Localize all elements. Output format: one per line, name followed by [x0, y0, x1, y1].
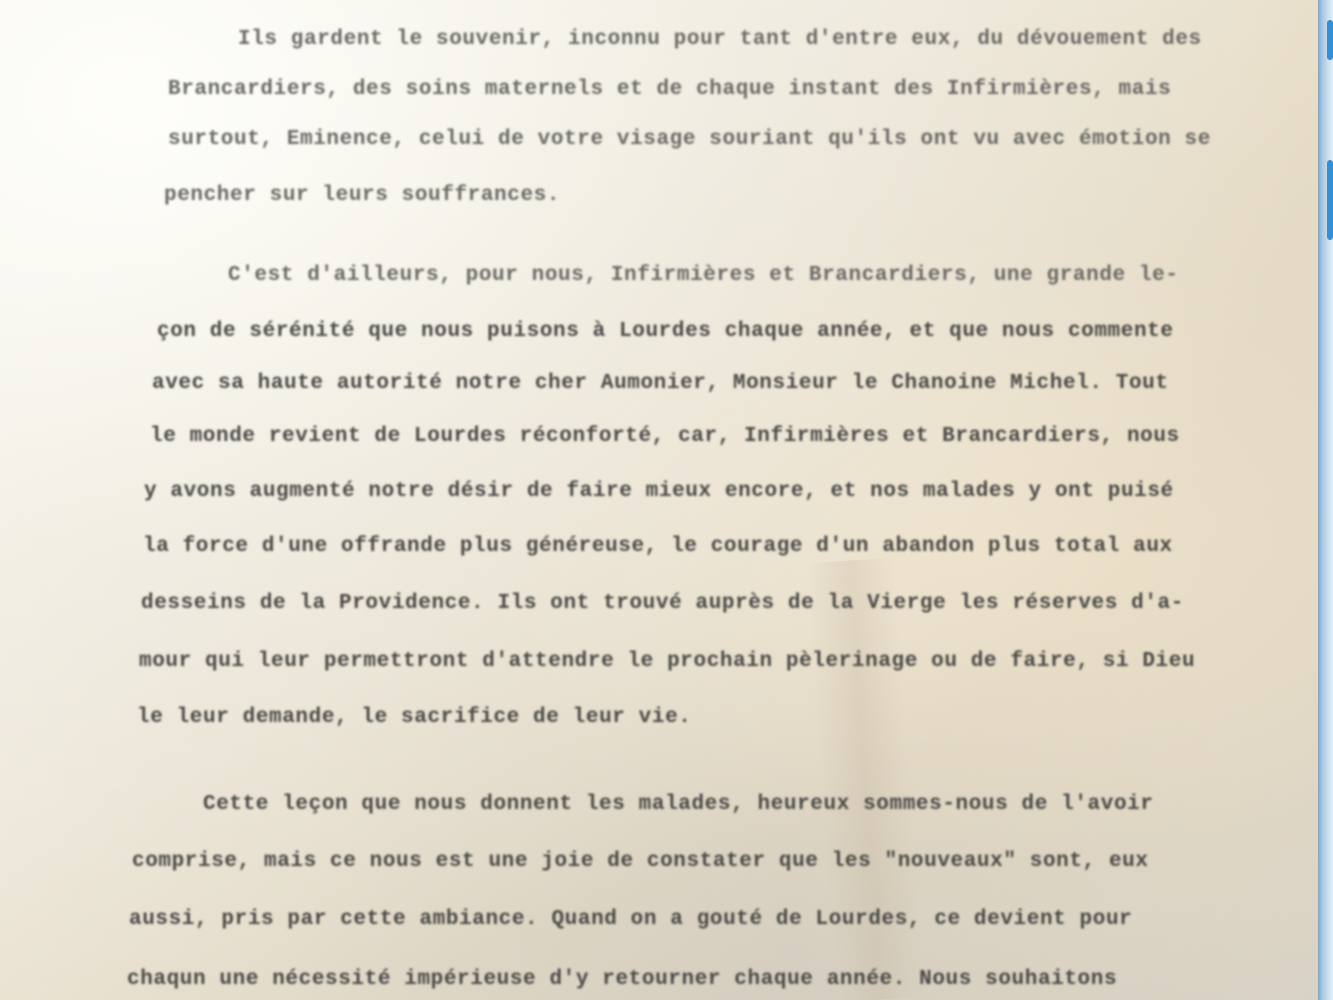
text-line: C'est d'ailleurs, pour nous, Infirmières…: [228, 264, 1179, 287]
text-line: le monde revient de Lourdes réconforté, …: [150, 425, 1180, 448]
text-line: y avons augmenté notre désir de faire mi…: [144, 480, 1174, 503]
typewritten-body: Ils gardent le souvenir, inconnu pour ta…: [0, 0, 1318, 1000]
text-line: Ils gardent le souvenir, inconnu pour ta…: [238, 28, 1202, 51]
text-line: çon de sérénité que nous puisons à Lourd…: [157, 320, 1174, 343]
text-line: pencher sur leurs souffrances.: [164, 184, 560, 207]
text-line: mour qui leur permettront d'attendre le …: [139, 650, 1195, 673]
text-line: Brancardiers, des soins maternels et de …: [168, 78, 1171, 101]
text-line: le leur demande, le sacrifice de leur vi…: [137, 706, 692, 729]
text-line: Cette leçon que nous donnent les malades…: [203, 793, 1154, 816]
text-line: surtout, Eminence, celui de votre visage…: [168, 128, 1211, 151]
text-line: aussi, pris par cette ambiance. Quand on…: [129, 908, 1132, 931]
text-line: chaqun une nécessité impérieuse d'y reto…: [127, 968, 1117, 991]
text-line: avec sa haute autorité notre cher Aumoni…: [152, 372, 1169, 395]
text-line: la force d'une offrande plus généreuse, …: [143, 535, 1173, 558]
text-line: comprise, mais ce nous est une joie de c…: [132, 850, 1149, 873]
background-edge: [1318, 0, 1333, 1000]
text-line: desseins de la Providence. Ils ont trouv…: [141, 592, 1184, 615]
